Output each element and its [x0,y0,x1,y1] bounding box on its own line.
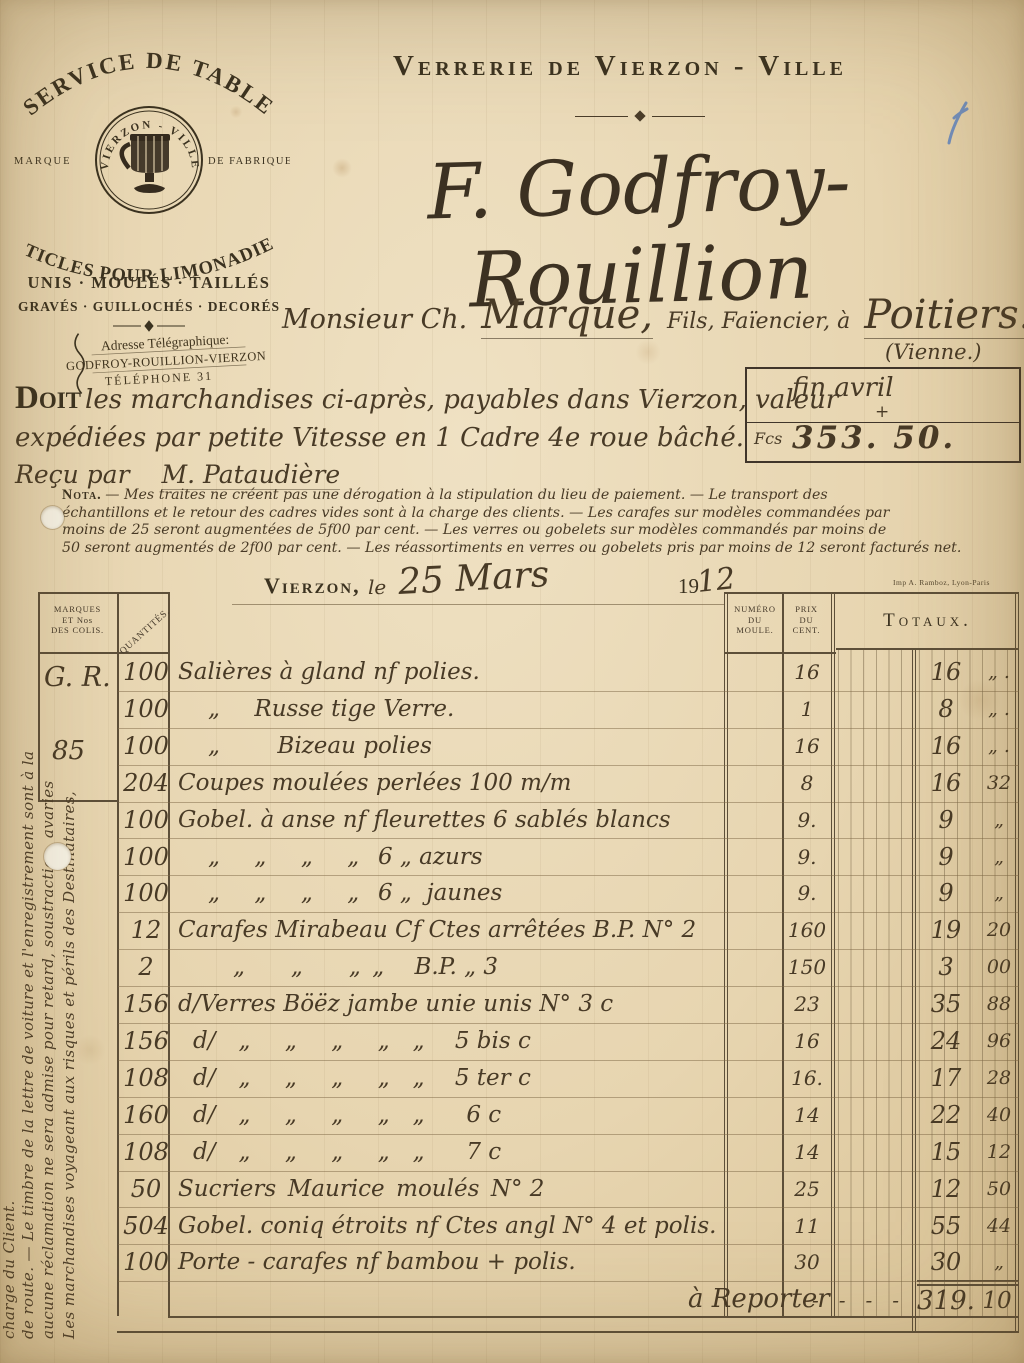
header-totaux: Totaux. [836,592,1019,648]
reporter-total-centimes: 10 [977,1288,1017,1314]
row-prix-du-cent: 16 [782,1024,832,1058]
header-numero-moule: NUMÉRO DU MOULE. [728,604,782,636]
table-row: 100Porte - carafes nf bambou + polis.303… [38,1245,1019,1282]
row-total-centimes: 32 [976,766,1022,800]
dateline-le: le [368,575,386,599]
row-prix-du-cent: 23 [782,987,832,1021]
row-description: „ „ „ „ 6 „ jaunes [178,876,502,910]
punch-hole [44,843,71,870]
table-row: 100Gobel. à anse nf fleurettes 6 sablés … [38,803,1019,840]
row-quantity: 156 [120,987,172,1021]
addressee-name: Marque, [481,292,653,339]
table-row: 100„ Bizeau polies1616„ . [38,729,1019,766]
header-numero-line: DU [728,615,782,626]
row-quantity: 100 [120,1245,172,1279]
nota-line2: échantillons et le retour des cadres vid… [62,505,964,523]
row-quantity: 100 [120,876,172,910]
row-quantity: 50 [120,1172,172,1206]
row-description: „ Bizeau polies [178,729,432,763]
row-quantity: 100 [120,840,172,874]
reporter-total-francs: 319. [915,1286,977,1316]
addressee-city: Poitiers. [864,292,1024,339]
invoice-rows: 100Salières à gland nf polies.1616„ .100… [38,655,1019,1283]
row-prix-du-cent: 9. [782,803,832,837]
row-prix-du-cent: 25 [782,1172,832,1206]
header-marques-line: MARQUES [40,604,115,615]
grid-line [232,604,724,605]
row-total-centimes: „ . [976,655,1022,689]
dateline-place: Vierzon, [264,573,361,599]
row-description: Salières à gland nf polies. [178,655,480,689]
small-divider-icon [113,321,185,331]
marque-label: MARQUE [14,156,72,167]
row-description: „ „ „ „ 6 „ azurs [178,840,483,874]
row-description: d/ „ „ „ „ „ 5 ter c [178,1061,531,1095]
row-total-francs: 9 [916,840,976,874]
row-quantity: 12 [120,913,172,947]
row-total-centimes: „ [976,803,1022,837]
table-row: 108d/ „ „ „ „ „ 7 c141512 [38,1135,1019,1172]
row-quantity: 204 [120,766,172,800]
colis-mark-85: 85 [52,736,85,766]
row-description: Sucriers Maurice moulés N° 2 [178,1172,544,1206]
row-total-francs: 24 [916,1024,976,1058]
nota-line1: — Mes traites ne créent pas une dérogati… [105,487,827,503]
row-prix-du-cent: 160 [782,913,832,947]
table-row: 100„ „ „ „ 6 „ azurs9.9„ [38,840,1019,877]
row-total-centimes: 28 [976,1061,1022,1095]
row-total-francs: 35 [916,987,976,1021]
payment-due-date: fin avril [792,373,894,403]
row-description: „ Russe tige Verre. [178,692,454,726]
row-prix-du-cent: 16 [782,655,832,689]
header-quantites: QUANTITÉS. [118,609,170,657]
row-total-centimes: „ [976,1245,1022,1279]
colis-mark-gr: G. R. [44,662,111,693]
row-quantity: 2 [120,950,172,984]
table-row: 504Gobel. coniq étroits nf Ctes angl N° … [38,1209,1019,1246]
row-prix-du-cent: 30 [782,1245,832,1279]
row-total-francs: 22 [916,1098,976,1132]
row-prix-du-cent: 1 [782,692,832,726]
payment-box: fin avril + Fcs 353. 50. [745,367,1021,463]
table-row: 12Carafes Mirabeau Cf Ctes arrêtées B.P.… [38,913,1019,950]
row-total-francs: 30 [916,1245,976,1279]
grid-line [118,1281,1019,1282]
row-quantity: 100 [120,729,172,763]
table-row: 100„ Russe tige Verre.18„ . [38,692,1019,729]
grid-line [38,652,168,654]
table-row: 2„ „ „ „ B.P. „ 3150300 [38,950,1019,987]
invoice-document: SERVICE DE TABLE VIERZON - VILLE MARQUE … [0,0,1024,1363]
table-row: 108d/ „ „ „ „ „ 5 ter c16.1728 [38,1061,1019,1098]
row-description: d/ „ „ „ „ „ 5 bis c [178,1024,531,1058]
row-prix-du-cent: 8 [782,766,832,800]
terms-block: Doit les marchandises ci-après, payables… [15,380,750,489]
row-description: d/ „ „ „ „ „ 6 c [178,1098,501,1132]
row-quantity: 108 [120,1135,172,1169]
row-prix-du-cent: 14 [782,1098,832,1132]
service-de-table-arc: SERVICE DE TABLE [18,48,279,121]
terms-line2: expédiées par petite Vitesse en 1 Cadre … [15,423,750,453]
table-row: 156d/Verres Böëz jambe unie unis N° 3 c2… [38,987,1019,1024]
addressee-line: Monsieur Ch. Marque, Fils, Faïencier, à … [282,292,1022,339]
row-description: d/ „ „ „ „ „ 7 c [178,1135,501,1169]
row-total-centimes: 88 [976,987,1022,1021]
row-description: „ „ „ „ B.P. „ 3 [178,950,498,984]
row-total-centimes: „ . [976,692,1022,726]
header-prix-line: DU [782,615,831,626]
reporter-label: à Reporter [688,1284,830,1314]
grid-line [168,1316,1019,1318]
row-total-centimes: 44 [976,1209,1022,1243]
payment-plus-mark: + [875,402,889,422]
margin-note-line: Les marchandises voyageant aux risques e… [60,791,78,1339]
nota-block: Nota. — Mes traites ne créent pas une dé… [62,487,964,557]
header-prix-line: PRIX [782,604,831,615]
dateline-year-handwritten: 12 [695,561,737,600]
row-quantity: 160 [120,1098,172,1132]
row-total-francs: 16 [916,729,976,763]
grid-line [724,652,836,654]
reporter-dashes: - - - - [812,1288,899,1312]
table-row: 156d/ „ „ „ „ „ 5 bis c162496 [38,1024,1019,1061]
row-total-centimes: 12 [976,1135,1022,1169]
telegraph-address-value: GODFROY-ROUILLION-VIERZON [66,349,267,373]
row-total-centimes: „ . [976,729,1022,763]
table-row: 50Sucriers Maurice moulés N° 2251250 [38,1172,1019,1209]
mug-icon [122,134,170,193]
row-description: d/Verres Böëz jambe unie unis N° 3 c [178,987,613,1021]
row-description: Gobel. coniq étroits nf Ctes angl N° 4 e… [178,1209,716,1243]
row-total-francs: 9 [916,876,976,910]
row-total-centimes: 50 [976,1172,1022,1206]
row-total-centimes: 40 [976,1098,1022,1132]
header-numero-line: NUMÉRO [728,604,782,615]
row-total-centimes: 96 [976,1024,1022,1058]
nota-line4: 50 seront augmentés de 2f00 par cent. — … [62,540,964,558]
row-total-centimes: „ [976,840,1022,874]
header-marques-line: ET Nos [40,615,115,626]
row-total-francs: 8 [916,692,976,726]
table-row: 160d/ „ „ „ „ „ 6 c142240 [38,1098,1019,1135]
svg-text:SERVICE DE TABLE: SERVICE DE TABLE [18,48,279,121]
row-quantity: 504 [120,1209,172,1243]
payment-currency: Fcs [754,429,782,448]
addressee-department: (Vienne.) [885,340,981,364]
row-prix-du-cent: 150 [782,950,832,984]
table-row: 100Salières à gland nf polies.1616„ . [38,655,1019,692]
row-quantity: 100 [120,692,172,726]
row-total-francs: 15 [916,1135,976,1169]
letterhead-emblem: SERVICE DE TABLE VIERZON - VILLE MARQUE … [8,30,290,398]
recu-par-label: Reçu par [15,460,130,489]
row-prix-du-cent: 9. [782,876,832,910]
margin-note-line: de route. — Le timbre de la lettre de vo… [19,751,37,1339]
row-prix-du-cent: 9. [782,840,832,874]
margin-note-line: charge du Client. [0,1200,18,1339]
addressee-details: Fils, Faïencier, à [667,309,850,334]
row-total-francs: 17 [916,1061,976,1095]
row-prix-du-cent: 16 [782,729,832,763]
nota-line3: moins de 25 seront augmentées de 5f00 pa… [62,522,964,540]
row-description: Gobel. à anse nf fleurettes 6 sablés bla… [178,803,671,837]
row-quantity: 108 [120,1061,172,1095]
row-total-francs: 55 [916,1209,976,1243]
telegraph-address-label: Adresse Télégraphique: [101,332,230,354]
printer-credit: Imp A. Ramboz, Lyon-Paris [893,578,990,587]
header-numero-line: MOULE. [728,625,782,636]
grid-line [836,648,1019,650]
row-description: Porte - carafes nf bambou + polis. [178,1245,576,1279]
row-total-francs: 9 [916,803,976,837]
header-marques-line: DES COLIS. [40,625,115,636]
nota-label: Nota. [62,487,102,503]
table-row: 204Coupes moulées perlées 100 m/m81632 [38,766,1019,803]
row-total-francs: 16 [916,655,976,689]
row-quantity: 100 [120,655,172,689]
row-total-francs: 16 [916,766,976,800]
grid-line [38,592,168,594]
recu-par-name: M. Pataudière [162,460,341,490]
graves-guilloches-line: GRAVÉS · GUILLOCHÉS · DECORÉS [18,299,280,314]
row-total-francs: 3 [916,950,976,984]
row-prix-du-cent: 11 [782,1209,832,1243]
row-total-francs: 19 [916,913,976,947]
row-description: Carafes Mirabeau Cf Ctes arrêtées B.P. N… [178,913,696,947]
payment-amount: 353. 50. [792,420,956,456]
doit-label: Doit [15,380,81,416]
addressee-salutation: Monsieur Ch. [282,304,467,335]
punch-hole [41,506,64,529]
row-total-francs: 12 [916,1172,976,1206]
unis-moules-line: UNIS · MOULÉS · TAILLÉS [28,273,271,292]
company-title: Verrerie de Vierzon - Ville [300,50,940,83]
dateline-handwritten-date: 25 Mars [397,554,550,603]
row-total-centimes: 20 [976,913,1022,947]
grid-line [117,1331,1019,1333]
row-quantity: 100 [120,803,172,837]
row-total-centimes: „ [976,876,1022,910]
header-prix-cent: PRIX DU CENT. [782,604,831,636]
row-total-centimes: 00 [976,950,1022,984]
terms-line1: les marchandises ci-après, payables dans… [85,385,838,415]
row-prix-du-cent: 14 [782,1135,832,1169]
row-description: Coupes moulées perlées 100 m/m [178,766,571,800]
header-prix-line: CENT. [782,625,831,636]
row-prix-du-cent: 16. [782,1061,832,1095]
table-row: 100„ „ „ „ 6 „ jaunes9.9„ [38,876,1019,913]
title-divider-icon [575,112,705,120]
header-marques: MARQUES ET Nos DES COLIS. [40,604,115,636]
row-quantity: 156 [120,1024,172,1058]
